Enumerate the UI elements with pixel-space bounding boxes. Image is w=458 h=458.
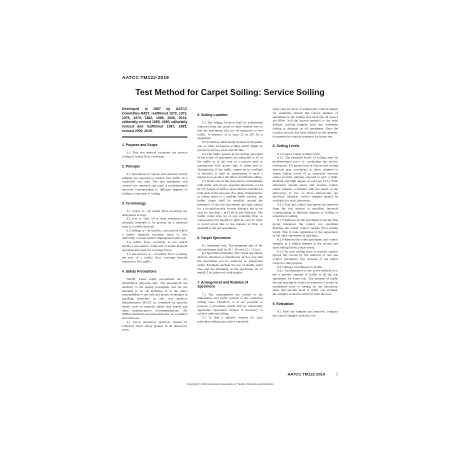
body-paragraph: 9.1 After the samples are removed, compa… xyxy=(273,310,338,318)
body-paragraph: 2.1 Specimens of carpets and selected co… xyxy=(122,172,187,195)
body-paragraph: 3.2 soil, n.—dirt, oil or other substanc… xyxy=(122,217,187,229)
section-heading: 2. Principle xyxy=(122,165,187,169)
document-page: AATCC TM122-2019 Test Method for Carpet … xyxy=(0,0,458,458)
body-paragraph: 5.3 The traffic pattern in the soiling a… xyxy=(197,152,262,179)
body-paragraph: 8.1.2 Test and control specimens are rem… xyxy=(273,203,338,219)
body-columns: Developed in 1967 by AATCC Committee RA5… xyxy=(122,108,338,375)
body-paragraph: 8.1.1 The intended levels of soiling mus… xyxy=(273,156,338,203)
body-paragraph: 7.1 The requirements are related to the … xyxy=(197,293,262,316)
body-paragraph: 3.5 use-surface, n.—of textile floor cov… xyxy=(122,252,187,264)
body-paragraph: 5.4 In the case of the long narrow arran… xyxy=(197,180,262,231)
body-paragraph: 8.2.1 An alternative to the above method… xyxy=(273,269,338,296)
copyright-notice: Copyright © 2019 American Association of… xyxy=(122,383,338,386)
footer-doc-number: AATCC TM122-2019 xyxy=(288,372,325,377)
section-heading: 9. Evaluation xyxy=(273,303,338,307)
body-paragraph: with a known level of soiling (the contr… xyxy=(273,108,338,139)
body-paragraph: 8.1.3 Remove all the specimens from the … xyxy=(273,219,338,238)
body-paragraph: 1.1 This test method evaluates the servi… xyxy=(122,151,187,159)
body-paragraph: 3.3 soiling, n.—in textiles, a process b… xyxy=(122,229,187,241)
divider-rule xyxy=(122,136,187,137)
section-heading: 7. Arrangement and Rotation of Specimens xyxy=(197,281,262,289)
page-title: Test Method for Carpet Soiling: Service … xyxy=(122,88,338,98)
body-paragraph: 3.1 carpet, n.—all textile floor coverin… xyxy=(122,209,187,217)
history-note: Developed in 1967 by AATCC Committee RA5… xyxy=(122,108,187,134)
column-left: Developed in 1967 by AATCC Committee RA5… xyxy=(122,108,187,375)
section-heading: 3. Terminology xyxy=(122,202,187,206)
column-middle: 5. Soiling Location5.1 The soiling locat… xyxy=(197,108,262,375)
body-paragraph: 3.4 textile floor covering, n.—an articl… xyxy=(122,241,187,253)
section-heading: 5. Soiling Location xyxy=(197,114,262,118)
section-heading: 6. Carpet Specimens xyxy=(197,236,262,240)
doc-number-header: AATCC TM122-2019 xyxy=(122,75,338,81)
body-paragraph: 6.2 Specimen mounting. The carpet specim… xyxy=(197,252,262,275)
body-paragraph: 6.1 Specimen size. The minimum size of t… xyxy=(197,244,262,252)
body-paragraph: 5.2 It shall be sufficiently isolated fr… xyxy=(197,141,262,153)
body-paragraph: 5.1 The soiling location shall be suffic… xyxy=(197,121,262,140)
body-paragraph: 7.2 To find a suitable rotation for each… xyxy=(197,316,262,324)
section-heading: 1. Purpose and Scope xyxy=(122,143,187,147)
section-heading: 8. Soiling Levels xyxy=(273,145,338,149)
column-right: with a known level of soiling (the contr… xyxy=(273,108,338,375)
body-paragraph: NOTE: These safety precautions are for i… xyxy=(122,278,187,321)
body-paragraph: 8.1.4 Remove the other specimens and con… xyxy=(273,238,338,250)
body-paragraph: 8.1.5 As each soiling level is reached, … xyxy=(273,250,338,266)
footer-page-number: 1 xyxy=(336,372,338,377)
body-paragraph: 4.1 Good laboratory practices should be … xyxy=(122,320,187,332)
page-footer: AATCC TM122-20191 xyxy=(122,372,338,377)
section-heading: 4. Safety Precautions xyxy=(122,270,187,274)
